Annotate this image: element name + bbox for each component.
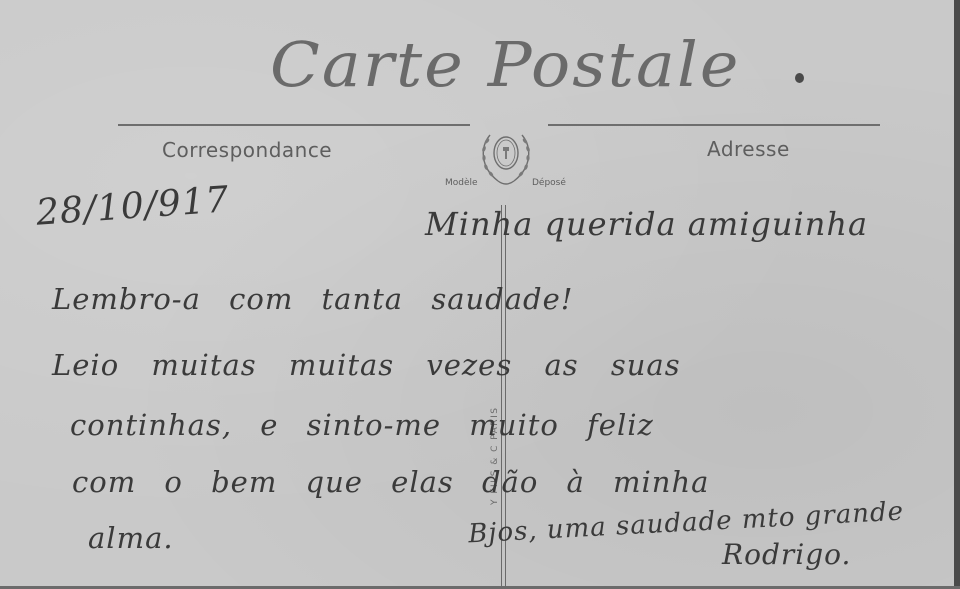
wreath-emblem-icon [476, 123, 536, 191]
header-rule-right [548, 124, 880, 126]
header-rule-left [118, 124, 470, 126]
handwritten-date: 28/10/917 [35, 179, 231, 233]
message-line: Lembro-a com tanta saudade! [52, 282, 573, 316]
postcard: Carte Postale Correspondance Adresse [0, 0, 954, 586]
title-dot [795, 73, 804, 83]
message-line: com o bem que elas dão à minha [72, 465, 709, 499]
postcard-title: Carte Postale [270, 28, 741, 101]
message-line: Leio muitas muitas vezes as suas [52, 348, 681, 382]
adresse-heading: Adresse [707, 137, 790, 161]
depose-caption: Déposé [532, 178, 566, 188]
handwritten-signature: Rodrigo. [722, 538, 851, 571]
message-line: continhas, e sinto-me muito feliz [70, 408, 654, 442]
message-line: alma. [88, 521, 174, 555]
card-edge-right [954, 0, 960, 589]
correspondance-heading: Correspondance [162, 138, 332, 162]
handwritten-greeting: Minha querida amiguinha [425, 205, 868, 243]
modele-caption: Modèle [445, 178, 478, 188]
